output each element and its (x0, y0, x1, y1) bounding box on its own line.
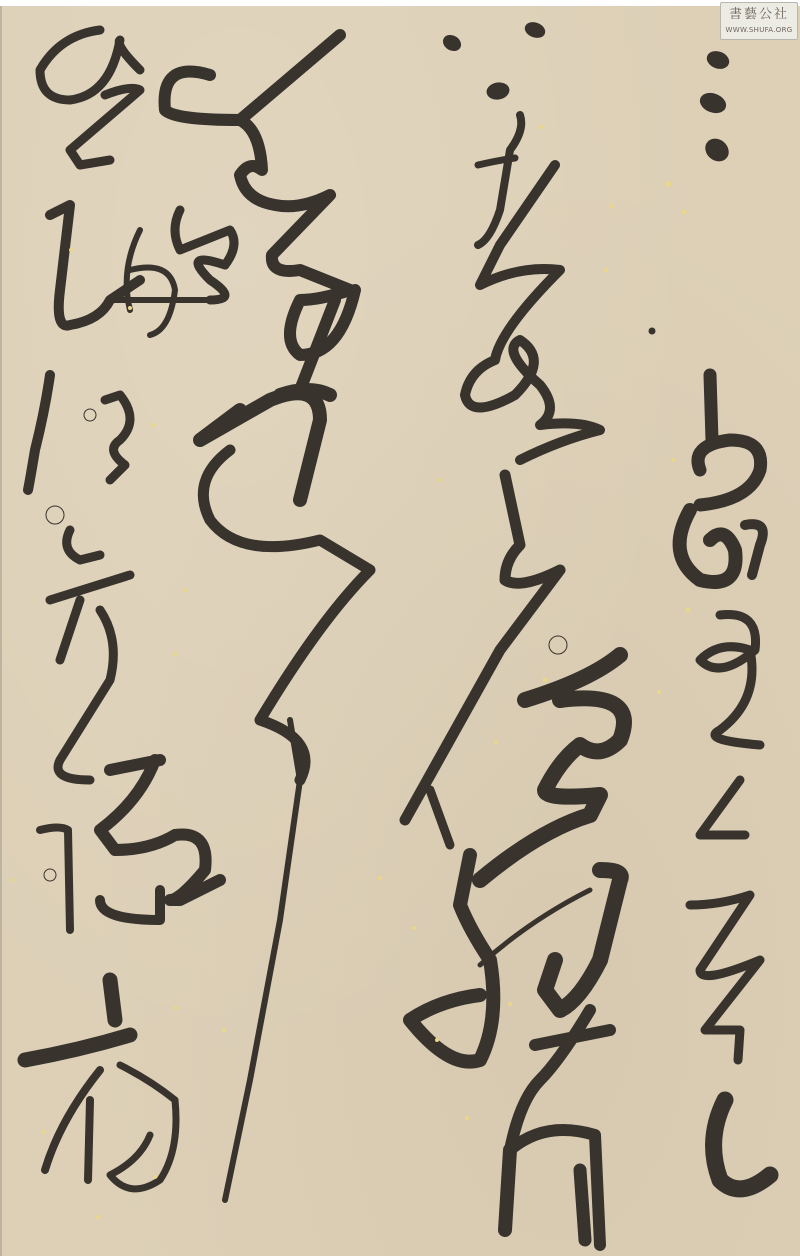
calligraphy-artwork (0, 0, 800, 1260)
left-column-characters (25, 30, 370, 1200)
watermark-badge: 書藝公社 WWW.SHUFA.ORG (720, 2, 798, 40)
middle-column-characters (405, 115, 624, 1245)
right-column-characters (680, 375, 770, 1189)
watermark-title: 書藝公社 (721, 5, 797, 25)
watermark-url: WWW.SHUFA.ORG (721, 25, 797, 35)
right-column-dots (698, 49, 733, 166)
